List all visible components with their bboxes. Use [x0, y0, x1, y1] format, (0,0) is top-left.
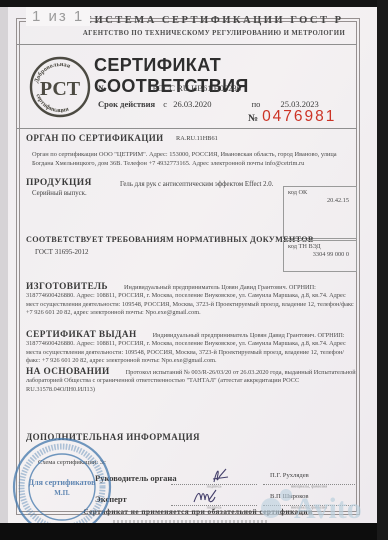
rst-logo-icon: Добровольная сертификация РСТ: [27, 54, 93, 120]
from-label: с: [163, 99, 167, 109]
cert-number-row: № РОСС RU.НВ61.Н03236: [98, 83, 241, 93]
issued-block: СЕРТИФИКАТ ВЫДАНИндивидуальный предприни…: [26, 331, 356, 365]
svg-text:Для сертификатов: Для сертификатов: [29, 478, 96, 487]
manufacturer-block: ИЗГОТОВИТЕЛЬИндивидуальный предпринимате…: [26, 283, 356, 317]
conforms-label: СООТВЕТСТВУЕТ ТРЕБОВАНИЯМ НОРМАТИВНЫХ ДО…: [26, 235, 314, 244]
certificate-document: СИСТЕМА СЕРТИФИКАЦИИ ГОСТ Р АГЕНТСТВО ПО…: [8, 7, 377, 523]
product-name: Гель для рук с антисептическим эффектом …: [120, 181, 273, 188]
certificate-photo: СИСТЕМА СЕРТИФИКАЦИИ ГОСТ Р АГЕНТСТВО ПО…: [0, 0, 388, 540]
tnved-code-value: 3304 99 000 0: [313, 251, 349, 258]
ok-code-value: 20.42.15: [327, 197, 349, 204]
from-date: 26.03.2020: [173, 99, 211, 109]
ok-code-box: код ОК 20.42.15: [283, 186, 357, 239]
svg-text:М.П.: М.П.: [54, 489, 70, 497]
expert-signature: [190, 487, 238, 505]
agency-title: АГЕНТСТВО ПО ТЕХНИЧЕСКОМУ РЕГУЛИРОВАНИЮ …: [70, 30, 358, 37]
photo-edge-top: [0, 0, 388, 7]
gost-value: ГОСТ 31695-2012: [35, 248, 89, 256]
validity-label: Срок действия: [98, 99, 155, 109]
organ-code: RA.RU.11НВ61: [176, 135, 218, 142]
svg-text:Avito: Avito: [294, 492, 362, 525]
cert-number: РОСС RU.НВ61.Н03236: [153, 83, 241, 93]
blank-number-row: №0476981: [248, 108, 336, 126]
ok-code-label: код ОК: [288, 189, 307, 196]
product-type: Серийный выпуск.: [32, 190, 87, 197]
issued-label: СЕРТИФИКАТ ВЫДАН: [26, 330, 137, 340]
organ-text: Орган по сертификации ООО "ЦЕТРИМ". Адре…: [32, 151, 350, 168]
blank-number: 0476981: [262, 108, 336, 125]
basis-block: НА ОСНОВАНИИПротокол испытаний № 003/R-2…: [26, 368, 356, 394]
tnved-code-label: код ТН ВЭД: [288, 243, 321, 250]
blank-number-sign: №: [248, 113, 258, 124]
head-name: П.Г. Рухлядев: [270, 472, 309, 479]
organ-label: ОРГАН ПО СЕРТИФИКАЦИИ: [26, 133, 164, 143]
page-indicator: 1 из 1: [26, 7, 90, 26]
tnved-code-box: код ТН ВЭД 3304 99 000 0: [283, 240, 357, 272]
manufacturer-label: ИЗГОТОВИТЕЛЬ: [26, 282, 108, 292]
photo-edge-right: [377, 0, 388, 540]
product-label: ПРОДУКЦИЯ: [26, 178, 92, 188]
svg-text:РСТ: РСТ: [40, 78, 81, 100]
system-title: СИСТЕМА СЕРТИФИКАЦИИ ГОСТ Р: [70, 15, 358, 26]
basis-label: НА ОСНОВАНИИ: [26, 367, 110, 377]
number-divider: [17, 128, 357, 129]
cert-number-label: №: [98, 83, 107, 93]
avito-watermark: Avito: [258, 482, 384, 531]
header-divider: [17, 44, 357, 45]
